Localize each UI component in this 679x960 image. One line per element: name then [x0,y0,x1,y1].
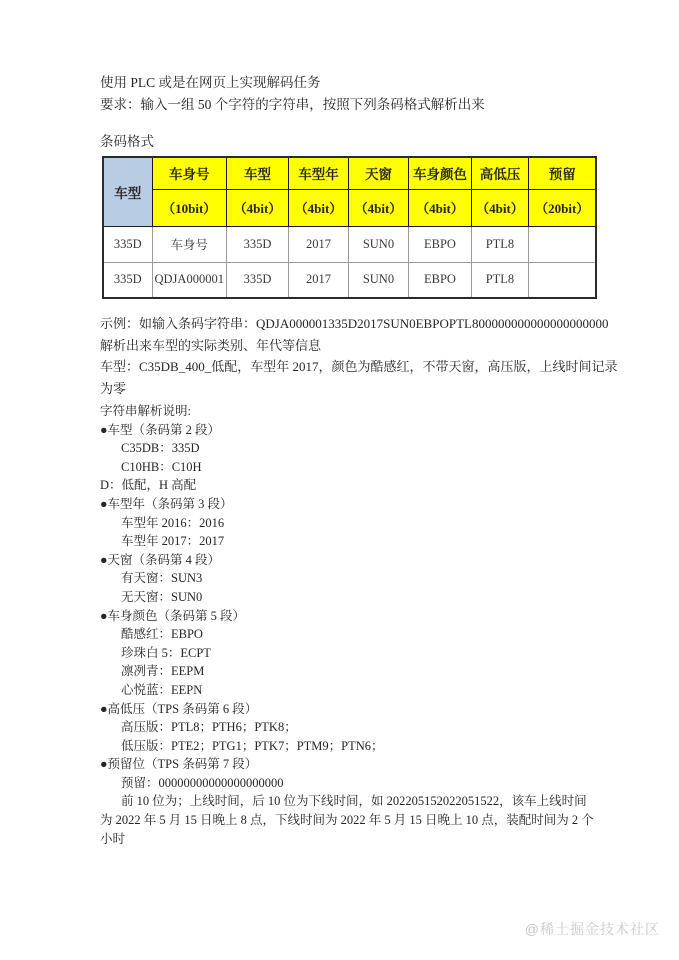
parsing-spec-section: 字符串解析说明: ●车型（条码第 2 段） C35DB：335D C10HB：C… [100,402,600,848]
col-bits-reserved: （20bit） [528,189,596,226]
cell-model-year: 2017 [288,262,348,298]
col-bits-body-number: （10bit） [152,189,226,226]
spec-line-sunroof-no: 无天窗：SUN0 [100,588,600,607]
col-bits-voltage: （4bit） [471,189,528,226]
spec-line-color-cyan: 凛冽青：EEPM [100,662,600,681]
col-bits-model-year: （4bit） [288,189,348,226]
intro-line-2: 要求：输入一组 50 个字符的字符串，按照下列条码格式解析出来 [100,94,600,116]
document-page: 使用 PLC 或是在网页上实现解码任务 要求：输入一组 50 个字符的字符串，按… [0,0,600,848]
col-bits-model: （4bit） [226,189,288,226]
cell-sunroof: SUN0 [348,262,408,298]
cell-reserved [528,226,596,262]
table-row: 335D QDJA000001 335D 2017 SUN0 EBPO PTL8 [103,262,596,298]
spec-line-year-2016: 车型年 2016：2016 [100,514,600,533]
spec-line-sunroof-bullet: ●天窗（条码第 4 段） [100,551,600,570]
spec-title: 字符串解析说明: [100,402,600,421]
juejin-watermark: @稀土掘金技术社区 [525,919,660,939]
cell-voltage: PTL8 [471,262,528,298]
spec-line-c10hb: C10HB：C10H [100,458,600,477]
table-caption: 条码格式 [100,132,600,152]
col-header-body-number: 车身号 [152,157,226,189]
spec-line-c35db: C35DB：335D [100,439,600,458]
cell-model: 335D [226,262,288,298]
spec-line-low-voltage: 低压版：PTE2；PTG1；PTK7；PTM9；PTN6； [100,737,600,756]
example-barcode-string: 示例：如输入条码字符串：QDJA000001335D2017SUN0EBPOPT… [100,313,600,335]
spec-line-time-desc-1: 前 10 位为；上线时间，后 10 位为下线时间，如 2022051520220… [100,792,600,811]
cell-body-number: QDJA000001 [152,262,226,298]
col-bits-sunroof: （4bit） [348,189,408,226]
cell-body-color: EBPO [408,226,471,262]
cell-body-color: EBPO [408,262,471,298]
spec-line-color-red: 酷感红：EBPO [100,625,600,644]
spec-line-time-desc-2: 为 2022 年 5 月 15 日晚上 8 点，下线时间为 2022 年 5 月… [100,811,600,830]
spec-line-d-config: D：低配，H 高配 [100,476,600,495]
spec-line-high-voltage: 高压版：PTL8；PTH6；PTK8； [100,718,600,737]
col-header-body-color: 车身颜色 [408,157,471,189]
spec-line-sunroof-yes: 有天窗：SUN3 [100,569,600,588]
intro-line-1: 使用 PLC 或是在网页上实现解码任务 [100,72,600,94]
cell-body-number: 车身号 [152,226,226,262]
table-corner-header: 车型 [103,157,152,226]
cell-model-year: 2017 [288,226,348,262]
spec-line-year-2017: 车型年 2017：2017 [100,532,600,551]
spec-line-color-white: 珍珠白 5：ECPT [100,644,600,663]
col-header-voltage: 高低压 [471,157,528,189]
cell-voltage: PTL8 [471,226,528,262]
example-explanation: 解析出来车型的实际类别、年代等信息 [100,335,600,357]
col-header-reserved: 预留 [528,157,596,189]
col-header-sunroof: 天窗 [348,157,408,189]
spec-line-reserved-zeros: 预留：00000000000000000000 [100,774,600,793]
spec-line-color-blue: 心悦蓝：EEPN [100,681,600,700]
cell-model: 335D [226,226,288,262]
barcode-format-table: 车型 车身号 车型 车型年 天窗 车身颜色 高低压 预留 （10bit） （4b… [102,156,597,299]
spec-line-model-bullet: ●车型（条码第 2 段） [100,421,600,440]
cell-reserved [528,262,596,298]
example-result-line-2: 为零 [100,378,600,400]
col-header-model-year: 车型年 [288,157,348,189]
spec-line-reserved-bullet: ●预留位（TPS 条码第 7 段） [100,755,600,774]
col-bits-body-color: （4bit） [408,189,471,226]
spec-line-time-desc-3: 小时 [100,830,600,849]
spec-line-color-bullet: ●车身颜色（条码第 5 段） [100,607,600,626]
example-paragraph: 示例：如输入条码字符串：QDJA000001335D2017SUN0EBPOPT… [100,313,600,399]
cell-sunroof: SUN0 [348,226,408,262]
spec-line-voltage-bullet: ●高低压（TPS 条码第 6 段） [100,700,600,719]
col-header-model: 车型 [226,157,288,189]
cell-model-type: 335D [103,226,152,262]
cell-model-type: 335D [103,262,152,298]
example-result-line-1: 车型：C35DB_400_低配，车型年 2017，颜色为酷感红，不带天窗，高压版… [100,356,600,378]
spec-line-year-bullet: ●车型年（条码第 3 段） [100,495,600,514]
table-row: 335D 车身号 335D 2017 SUN0 EBPO PTL8 [103,226,596,262]
